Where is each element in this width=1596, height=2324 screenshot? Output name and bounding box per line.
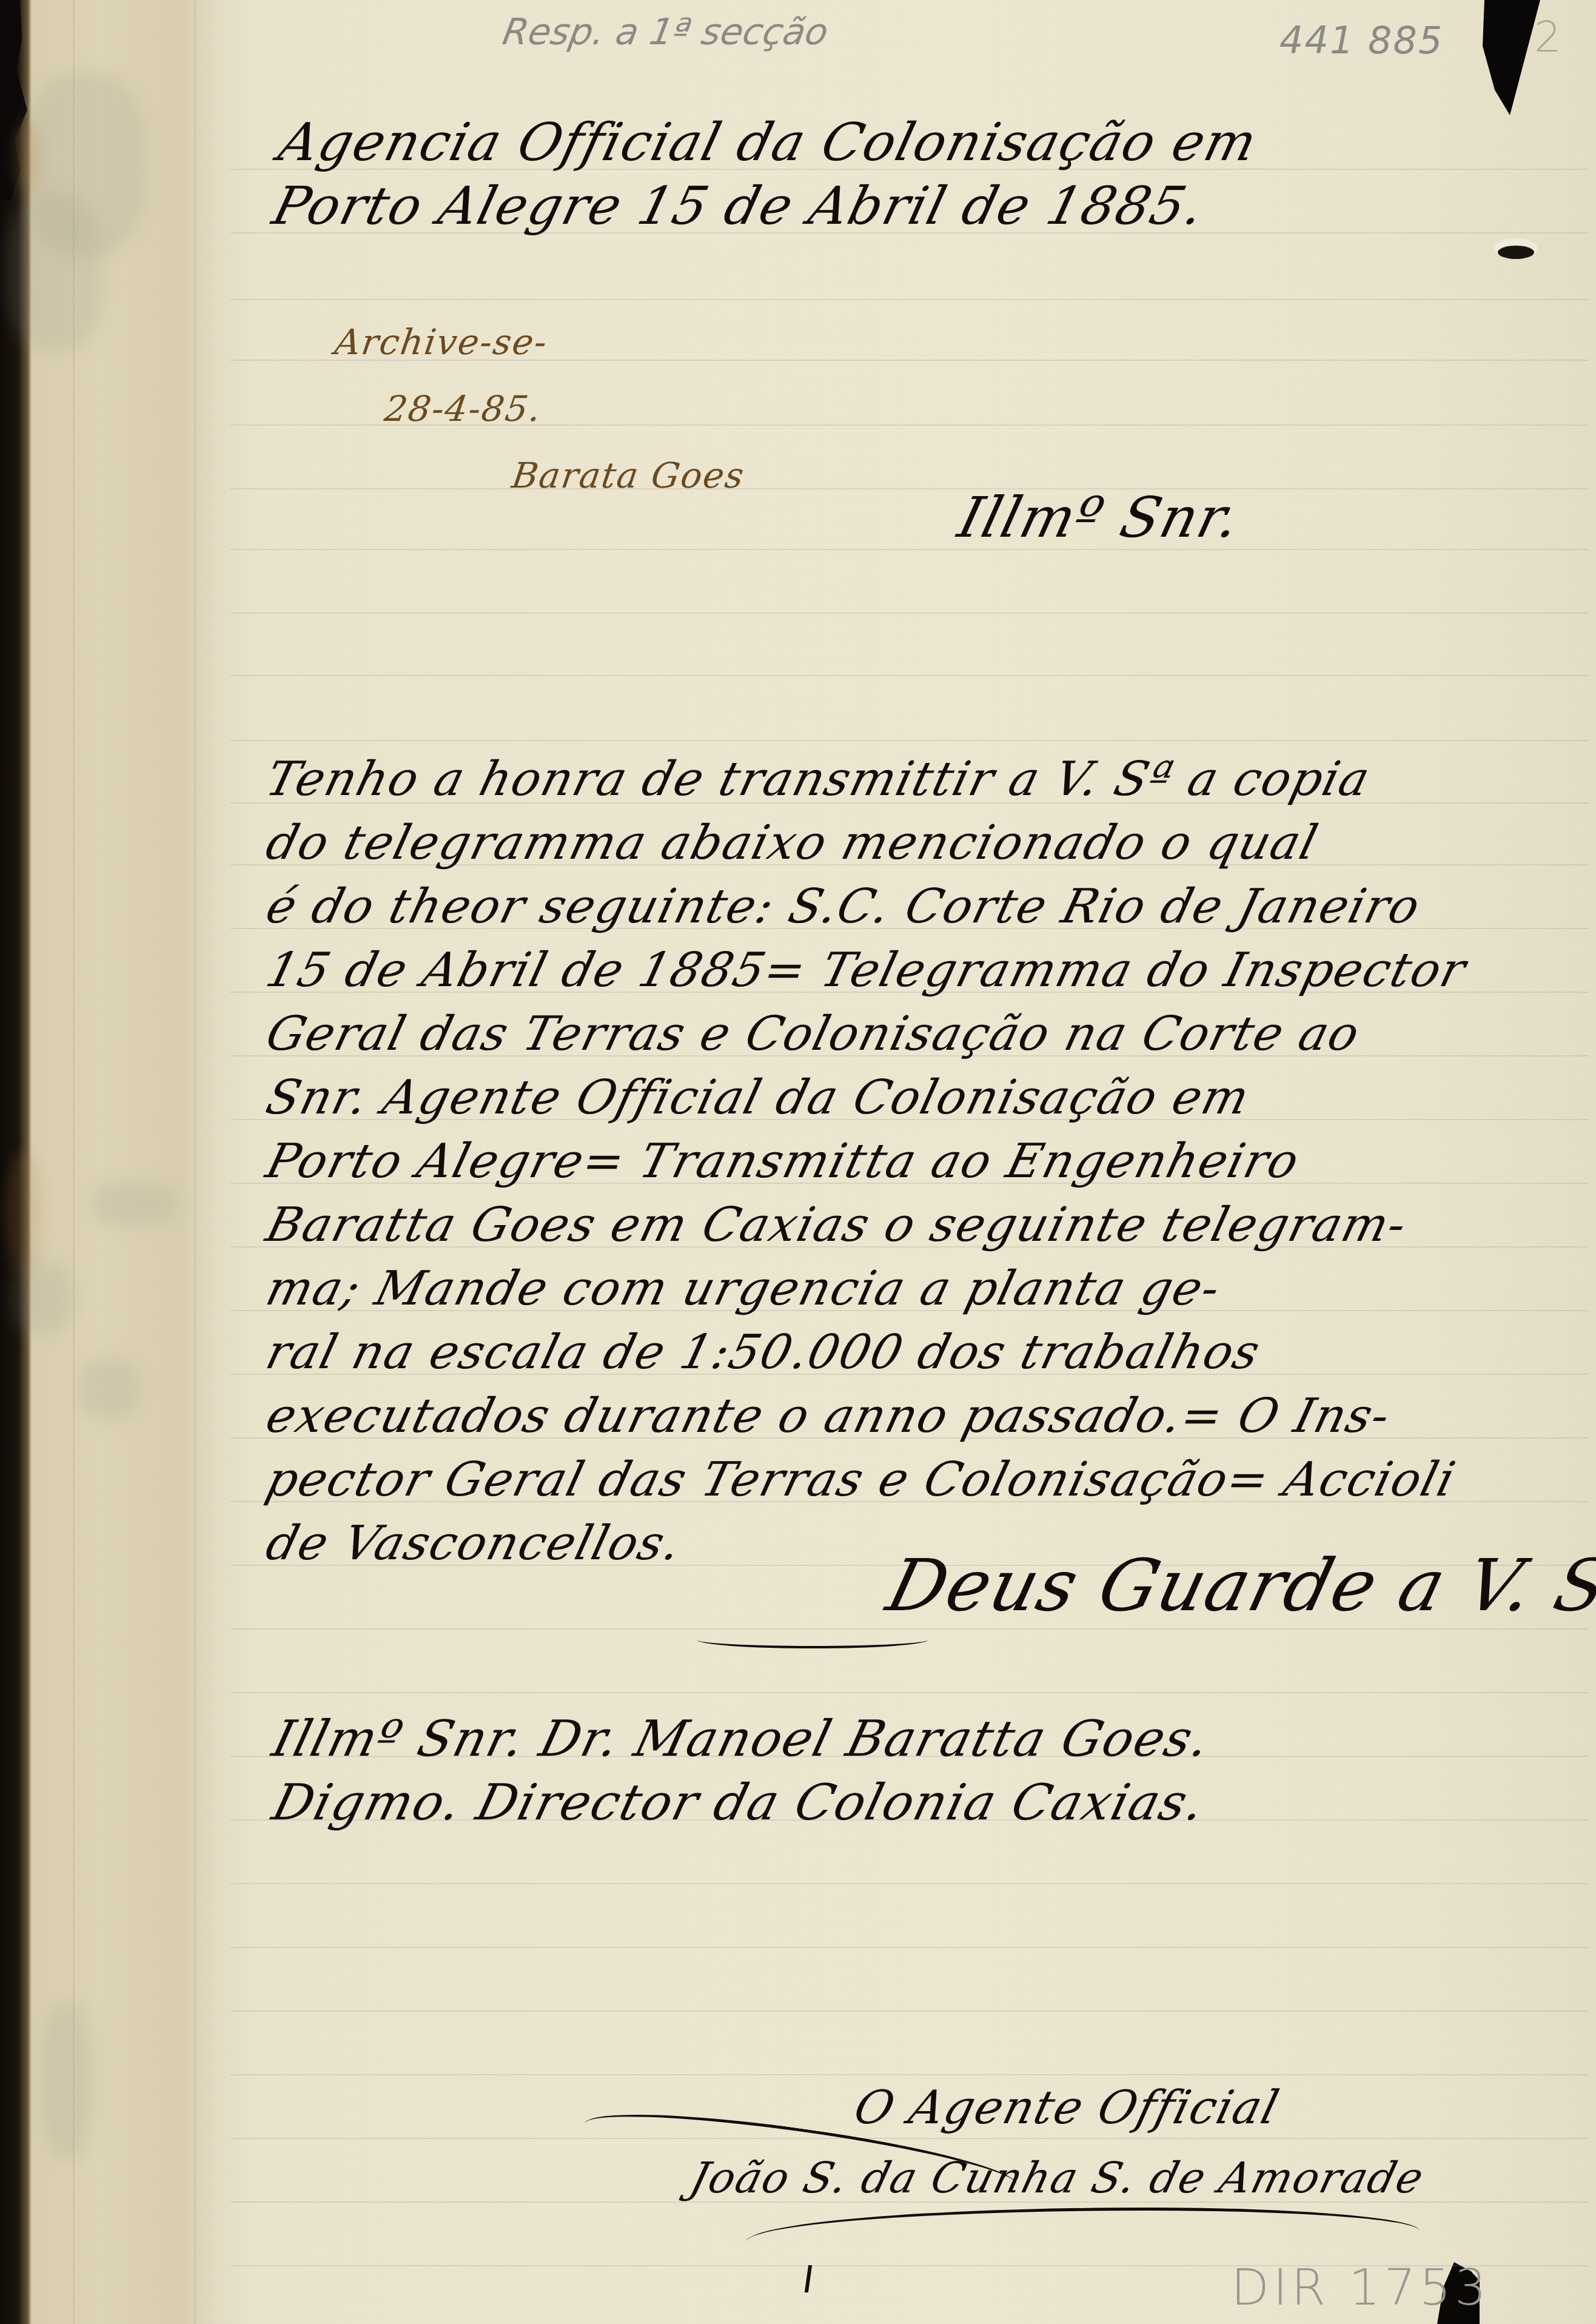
body-line: 15 de Abril de 1885= Telegramma do Inspe… [261, 943, 1472, 998]
ruled-line [230, 2074, 1589, 2075]
annotation-archive-instruction: Archive-se- [332, 321, 551, 363]
ruled-line [230, 549, 1589, 550]
annotation-signature: Barata Goes [509, 455, 748, 496]
addressee-name: Illmº Snr. Dr. Manoel Baratta Goes. [267, 1710, 1216, 1768]
body-line: ma; Mande com urgencia a planta ge- [261, 1261, 1227, 1316]
letterhead-place-date: Porto Alegre 15 de Abril de 1885. [267, 176, 1211, 237]
addressee-title: Digmo. Director da Colonia Caxias. [267, 1774, 1211, 1832]
torn-top-right [1480, 0, 1540, 115]
signatory-title: O Agente Official [849, 2080, 1285, 2134]
body-line: do telegramma abaixo mencionado o qual [261, 816, 1324, 870]
letterhead-agency: Agencia Official da Colonisação em [273, 112, 1264, 173]
annotation-date: 28-4-85. [382, 388, 545, 429]
closing-formula: Deus Guarde a V. Sª [879, 1543, 1596, 1627]
body-line: executados durante o anno passado.= O In… [261, 1389, 1396, 1443]
pencil-edge-mark: 2 [1534, 12, 1561, 62]
body-line: de Vasconcellos. [261, 1516, 687, 1571]
ruled-line [230, 675, 1589, 676]
pencil-reference-number: 441 885 [1279, 18, 1443, 62]
paper-hole [1498, 246, 1534, 259]
body-line: pector Geral das Terras e Colonisação= A… [261, 1452, 1461, 1507]
water-stain [6, 194, 103, 352]
ruled-line [230, 1947, 1589, 1948]
ruled-line [230, 740, 1589, 741]
ruled-line [230, 2138, 1589, 2139]
ruled-line [230, 1883, 1589, 1884]
signature-flourish-lower [746, 2208, 1419, 2265]
ruled-line [230, 613, 1589, 614]
body-line: Tenho a honra de transmittir a V. Sª a c… [261, 752, 1376, 807]
rust-stain [12, 121, 42, 194]
salutation: Illmº Snr. [952, 485, 1247, 550]
ruled-line [230, 2010, 1589, 2012]
body-line: Snr. Agente Official da Colonisação em [261, 1070, 1255, 1125]
stray-ink-mark [805, 2265, 812, 2292]
water-stain [91, 1183, 176, 1225]
ruled-line [230, 299, 1589, 300]
archive-stamp: DIR 1753 [1231, 2259, 1490, 2317]
ruled-line [230, 488, 1589, 489]
document-page: Resp. a 1ª secção 441 885 2 DIR 1753 Age… [0, 0, 1596, 2324]
signatory-name: João S. da Cunha S. de Amorade [685, 2153, 1429, 2203]
closing-flourish [697, 1631, 928, 1648]
ruled-line [230, 1692, 1589, 1693]
body-line: Geral das Terras e Colonisação na Corte … [261, 1007, 1366, 1061]
water-stain [79, 1358, 139, 1419]
pencil-reply-note: Resp. a 1ª secção [500, 11, 831, 53]
ruled-line [230, 1628, 1589, 1630]
body-line: ral na escala de 1:50.000 dos trabalhos [261, 1325, 1266, 1380]
water-stain [42, 2001, 91, 2159]
rust-stain [6, 1152, 42, 1274]
body-line: é do theor seguinte: S.C. Corte Rio de J… [261, 879, 1426, 934]
fold-line [194, 0, 196, 2324]
body-line: Porto Alegre= Transmitta ao Engenheiro [261, 1134, 1305, 1189]
body-line: Baratta Goes em Caxias o seguinte telegr… [261, 1198, 1413, 1252]
